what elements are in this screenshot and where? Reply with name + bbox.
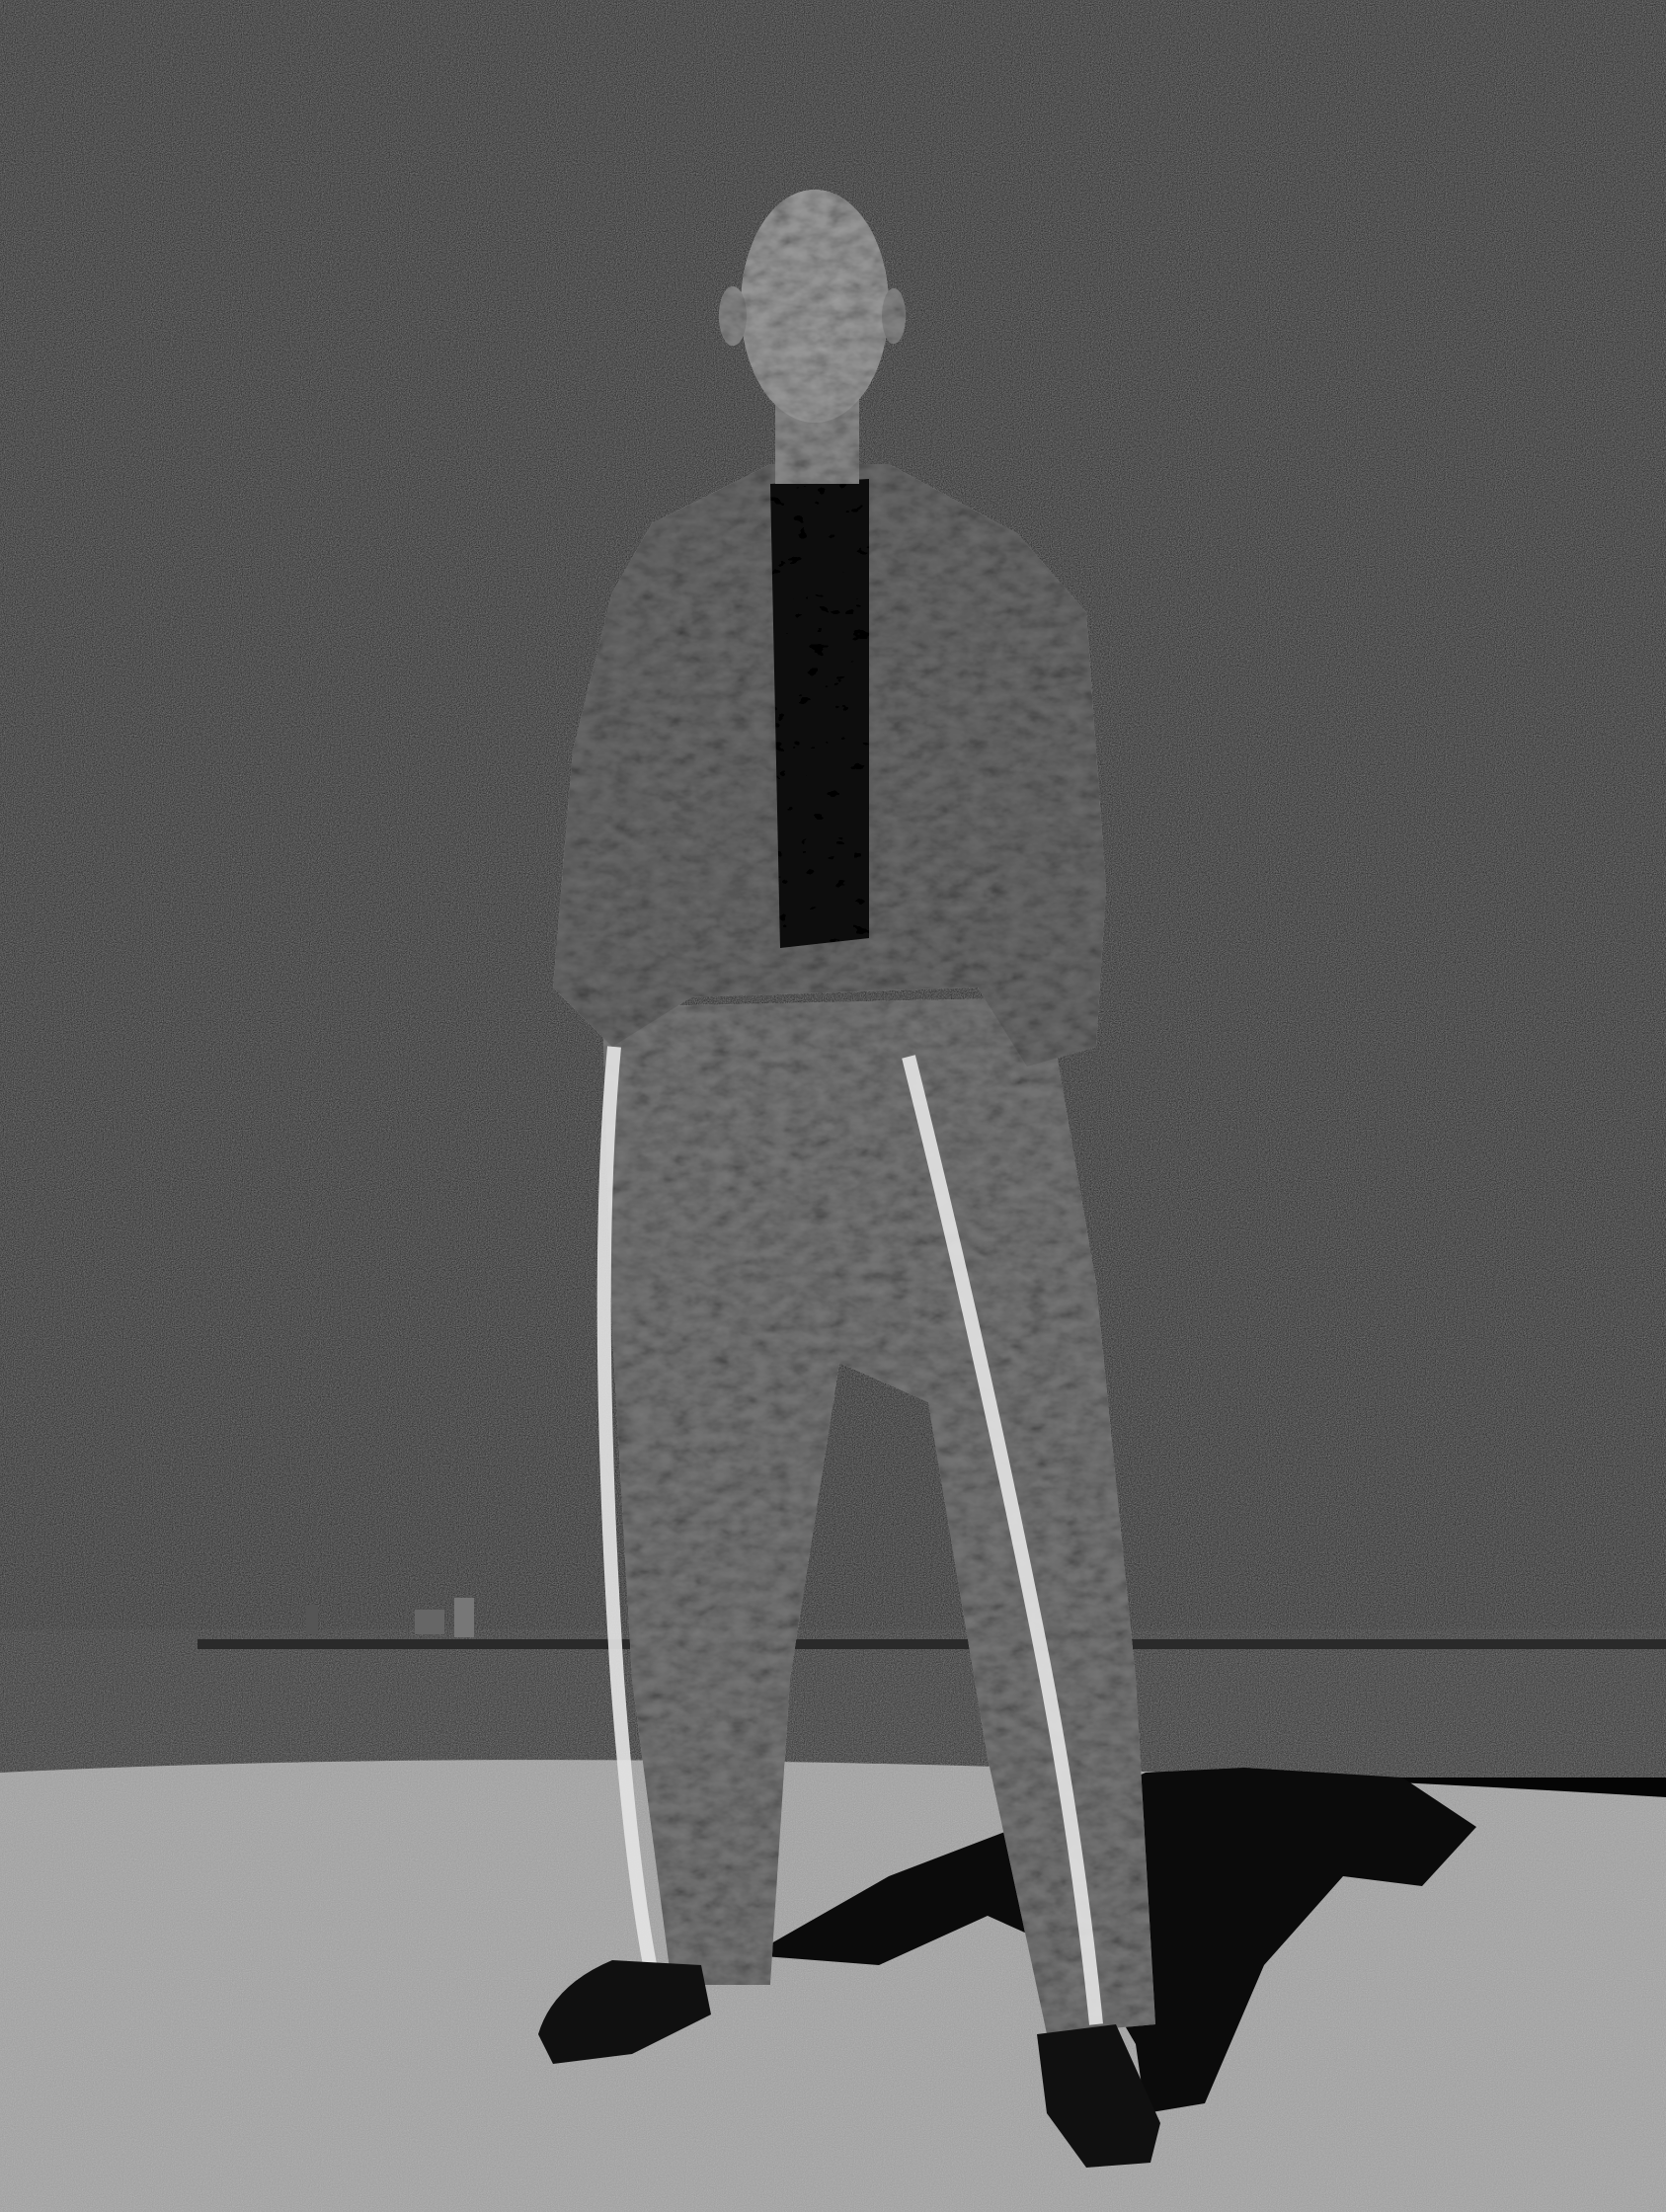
- right-ear: [882, 288, 906, 344]
- photo-scene: [0, 0, 1666, 2212]
- dark-shirt: [770, 479, 869, 948]
- photograph: [0, 0, 1666, 2212]
- head: [741, 190, 889, 423]
- left-ear: [719, 286, 747, 346]
